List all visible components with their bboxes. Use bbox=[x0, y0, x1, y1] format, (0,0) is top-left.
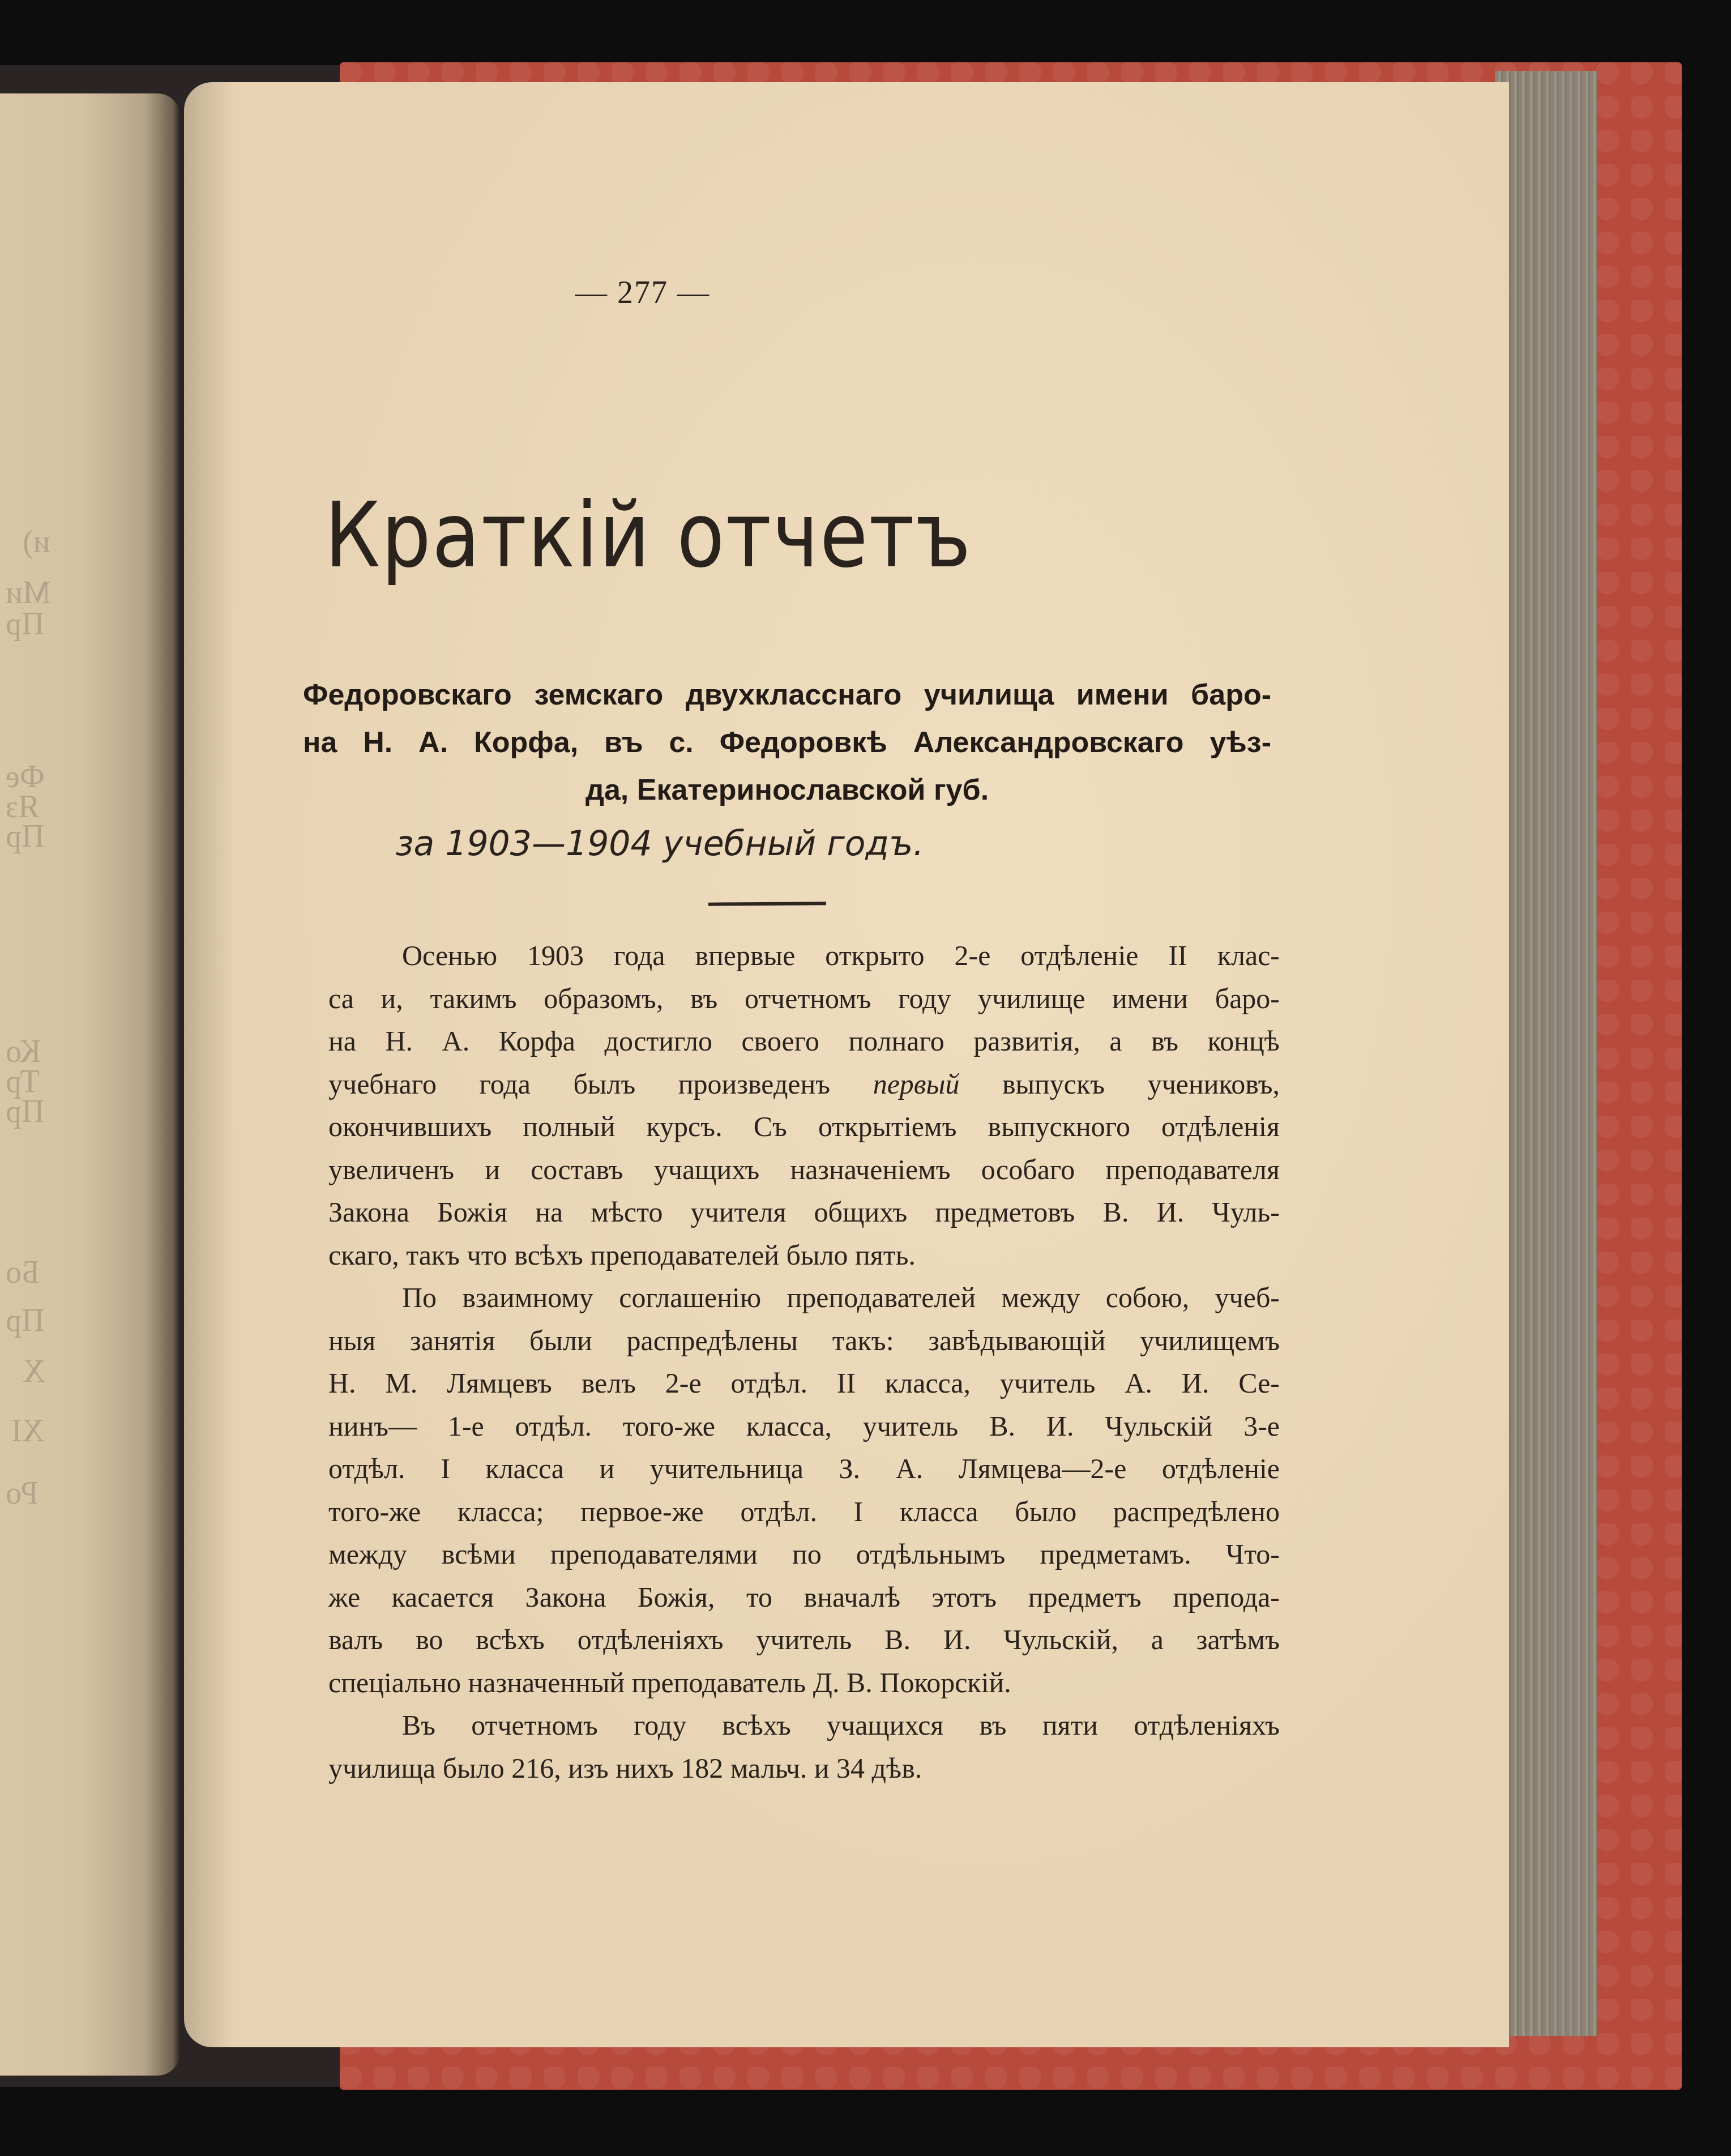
text-run: учебнаго года былъ произведенъ bbox=[328, 1068, 873, 1100]
bleed-text: Ро bbox=[6, 1475, 39, 1512]
text-line: ныя занятія были распредѣлены такъ: завѣ… bbox=[328, 1320, 1280, 1363]
text-line: между всѣми преподавателями по отдѣльным… bbox=[328, 1533, 1280, 1576]
text-line: Осенью 1903 года впервые открыто 2-е отд… bbox=[328, 934, 1280, 977]
text-line: Закона Божія на мѣсто учителя общихъ пре… bbox=[328, 1191, 1280, 1234]
text-line: спеціально назначенный преподаватель Д. … bbox=[328, 1662, 1280, 1705]
text-line: валъ во всѣхъ отдѣленіяхъ учитель В. И. … bbox=[328, 1619, 1280, 1662]
paragraph: По взаимному соглашенію преподавателей м… bbox=[328, 1276, 1280, 1704]
text-line: Въ отчетномъ году всѣхъ учащихся въ пяти… bbox=[328, 1704, 1280, 1747]
report-title: Краткій отчетъ bbox=[0, 483, 1311, 588]
text-line: отдѣл. I класса и учительница З. А. Лямц… bbox=[328, 1448, 1280, 1491]
text-line: учебнаго года былъ произведенъ первый вы… bbox=[328, 1063, 1280, 1106]
right-page: — 277 — Краткій отчетъ Федоровскаго земс… bbox=[184, 82, 1509, 2047]
subtitle-line: Федоровскаго земскаго двухкласснаго учил… bbox=[303, 671, 1271, 719]
text-line: же касается Закона Божія, то вначалѣ это… bbox=[328, 1576, 1280, 1619]
report-body: Осенью 1903 года впервые открыто 2-е отд… bbox=[328, 934, 1280, 1790]
text-line: на Н. А. Корфа достигло своего полнаго р… bbox=[328, 1020, 1280, 1063]
text-line: того-же класса; первое-же отдѣл. I класс… bbox=[328, 1491, 1280, 1534]
divider-rule bbox=[708, 902, 826, 906]
text-line: увеличенъ и составъ учащихъ назначеніемъ… bbox=[328, 1149, 1280, 1192]
text-line: училища было 216, изъ нихъ 182 мальч. и … bbox=[328, 1747, 1280, 1790]
paragraph: Осенью 1903 года впервые открыто 2-е отд… bbox=[328, 934, 1280, 1276]
text-line: са и, такимъ образомъ, въ отчетномъ году… bbox=[328, 977, 1280, 1021]
text-line: По взаимному соглашенію преподавателей м… bbox=[328, 1276, 1280, 1320]
text-line: окончившихъ полный курсъ. Съ открытіемъ … bbox=[328, 1105, 1280, 1149]
report-subtitle: Федоровскаго земскаго двухкласснаго учил… bbox=[303, 671, 1271, 814]
bleed-text: Пр bbox=[6, 1303, 44, 1339]
paragraph: Въ отчетномъ году всѣхъ учащихся въ пяти… bbox=[328, 1704, 1280, 1790]
text-line: скаго, такъ что всѣхъ преподавателей был… bbox=[328, 1234, 1280, 1277]
text-line: Н. М. Лямцевъ велъ 2-е отдѣл. II класса,… bbox=[328, 1362, 1280, 1405]
subtitle-line: на Н. А. Корфа, въ с. Федоровкѣ Александ… bbox=[303, 719, 1271, 766]
subtitle-line: да, Екатеринославской губ. bbox=[303, 766, 1271, 814]
bleed-text: X bbox=[23, 1354, 45, 1390]
text-run: выпускъ учениковъ, bbox=[959, 1068, 1280, 1100]
bleed-text: Пр bbox=[6, 1094, 44, 1130]
emphasis-text: первый bbox=[873, 1068, 960, 1100]
left-page: и) Ми Пр Фе Яз Пр Ко Тр Пр Бо Пр X XI Ро bbox=[0, 93, 180, 2076]
bleed-text: XI bbox=[11, 1413, 45, 1449]
academic-year: за 1903—1904 учебный годъ. bbox=[0, 824, 1322, 864]
bleed-text: Пр bbox=[6, 606, 44, 642]
page-number: — 277 — bbox=[0, 275, 1305, 311]
text-line: нинъ— 1-е отдѣл. того-же класса, учитель… bbox=[328, 1405, 1280, 1448]
page-edges bbox=[1495, 71, 1597, 2036]
bleed-text: Бо bbox=[6, 1254, 40, 1291]
